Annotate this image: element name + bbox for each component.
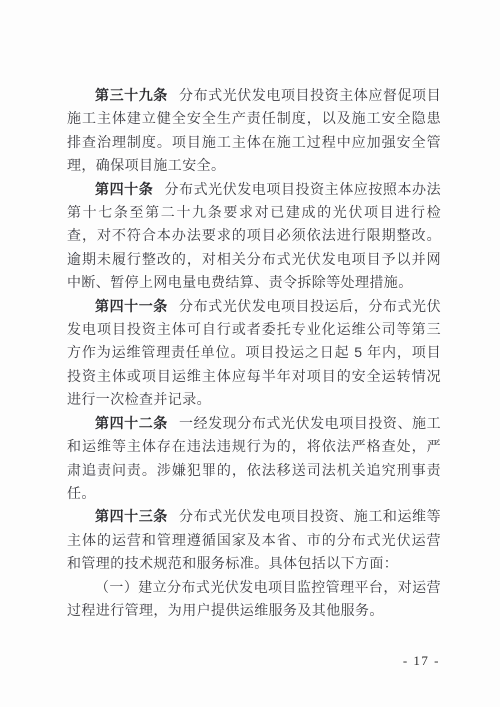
article-text: 分布式光伏发电项目投资主体应按照本办法第十七条至第二十九条要求对已建成的光伏项目… xyxy=(67,181,441,291)
article-number: 第四十二条 xyxy=(95,415,168,431)
article-text: （一）建立分布式光伏发电项目监控管理平台，对运营过程进行管理，为用户提供运维服务… xyxy=(67,579,441,618)
document-page: 第三十九条分布式光伏发电项目投资主体应督促项目施工主体建立健全安全生产责任制度，… xyxy=(0,0,500,707)
paragraph: 第四十条分布式光伏发电项目投资主体应按照本办法第十七条至第二十九条要求对已建成的… xyxy=(67,178,441,295)
paragraph: （一）建立分布式光伏发电项目监控管理平台，对运营过程进行管理，为用户提供运维服务… xyxy=(67,576,441,623)
paragraph: 第四十一条分布式光伏发电项目投运后，分布式光伏发电项目投资主体可自行或者委托专业… xyxy=(67,295,441,412)
page-number: - 17 - xyxy=(403,653,440,669)
article-text: 分布式光伏发电项目投运后，分布式光伏发电项目投资主体可自行或者委托专业化运维公司… xyxy=(67,298,441,408)
paragraph: 第四十三条分布式光伏发电项目投资、施工和运维等主体的运营和管理遵循国家及本省、市… xyxy=(67,505,441,575)
article-number: 第四十三条 xyxy=(95,508,168,524)
paragraph: 第三十九条分布式光伏发电项目投资主体应督促项目施工主体建立健全安全生产责任制度，… xyxy=(67,84,441,178)
article-number: 第四十一条 xyxy=(95,298,168,314)
article-number: 第四十条 xyxy=(95,181,153,197)
article-number: 第三十九条 xyxy=(95,87,168,103)
document-body: 第三十九条分布式光伏发电项目投资主体应督促项目施工主体建立健全安全生产责任制度，… xyxy=(67,84,441,622)
paragraph: 第四十二条一经发现分布式光伏发电项目投资、施工和运维等主体存在违法违规行为的，将… xyxy=(67,412,441,506)
